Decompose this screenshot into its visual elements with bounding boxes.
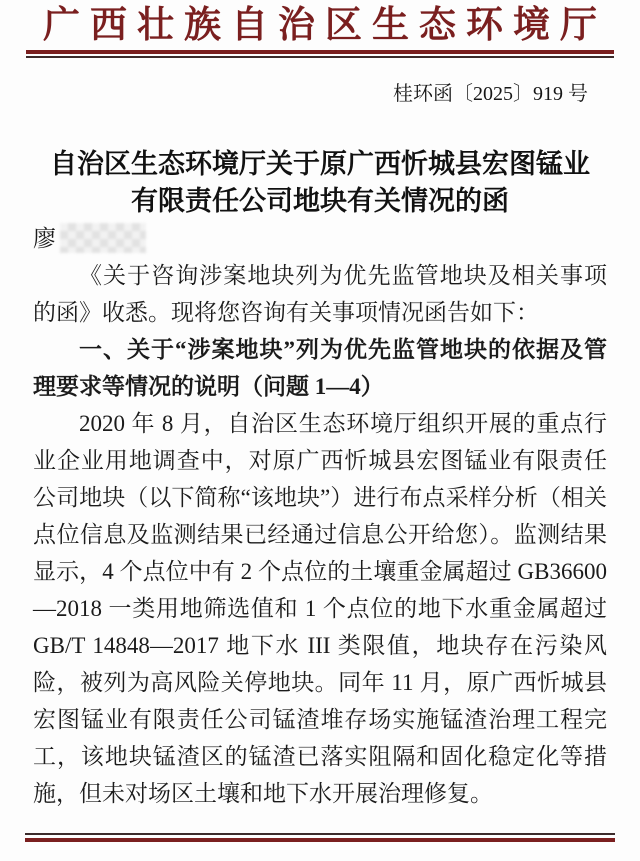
body-paragraph: 2020 年 8 月，自治区生态环境厅组织开展的重点行业企业用地调查中，对原广西… — [33, 405, 607, 812]
letterhead-title: 广西壮族自治区生态环境厅 — [0, 0, 640, 48]
footer-rule-thick — [25, 838, 615, 842]
document-title: 自治区生态环境厅关于原广西忻城县宏图锰业 有限责任公司地块有关情况的函 — [30, 146, 610, 220]
footer-double-rule — [25, 833, 615, 842]
section-heading: 一、关于“涉案地块”列为优先监管地块的依据及管理要求等情况的说明（问题 1—4） — [33, 331, 607, 405]
addressee-surname: 廖 — [33, 226, 56, 251]
document-title-line-2: 有限责任公司地块有关情况的函 — [131, 186, 509, 216]
footer-rule-thin — [25, 833, 615, 835]
document-title-line-1: 自治区生态环境厅关于原广西忻城县宏图锰业 — [50, 149, 590, 179]
official-letter-page: 广西壮族自治区生态环境厅 桂环函〔2025〕919 号 自治区生态环境厅关于原广… — [0, 0, 640, 861]
letterhead-header: 广西壮族自治区生态环境厅 桂环函〔2025〕919 号 — [0, 0, 640, 108]
doc-number: 桂环函〔2025〕919 号 — [0, 80, 640, 108]
redacted-name-blur — [60, 223, 146, 253]
letterhead-rule-thin — [26, 56, 614, 58]
addressee-line: 廖 — [33, 220, 607, 257]
letter-body: 廖 《关于咨询涉案地块列为优先监管地块及相关事项的函》收悉。现将您咨询有关事项情… — [0, 220, 640, 812]
letterhead-double-rule — [26, 50, 614, 58]
salutation-paragraph: 《关于咨询涉案地块列为优先监管地块及相关事项的函》收悉。现将您咨询有关事项情况函… — [33, 257, 607, 331]
letterhead-rule-thick — [26, 50, 614, 54]
